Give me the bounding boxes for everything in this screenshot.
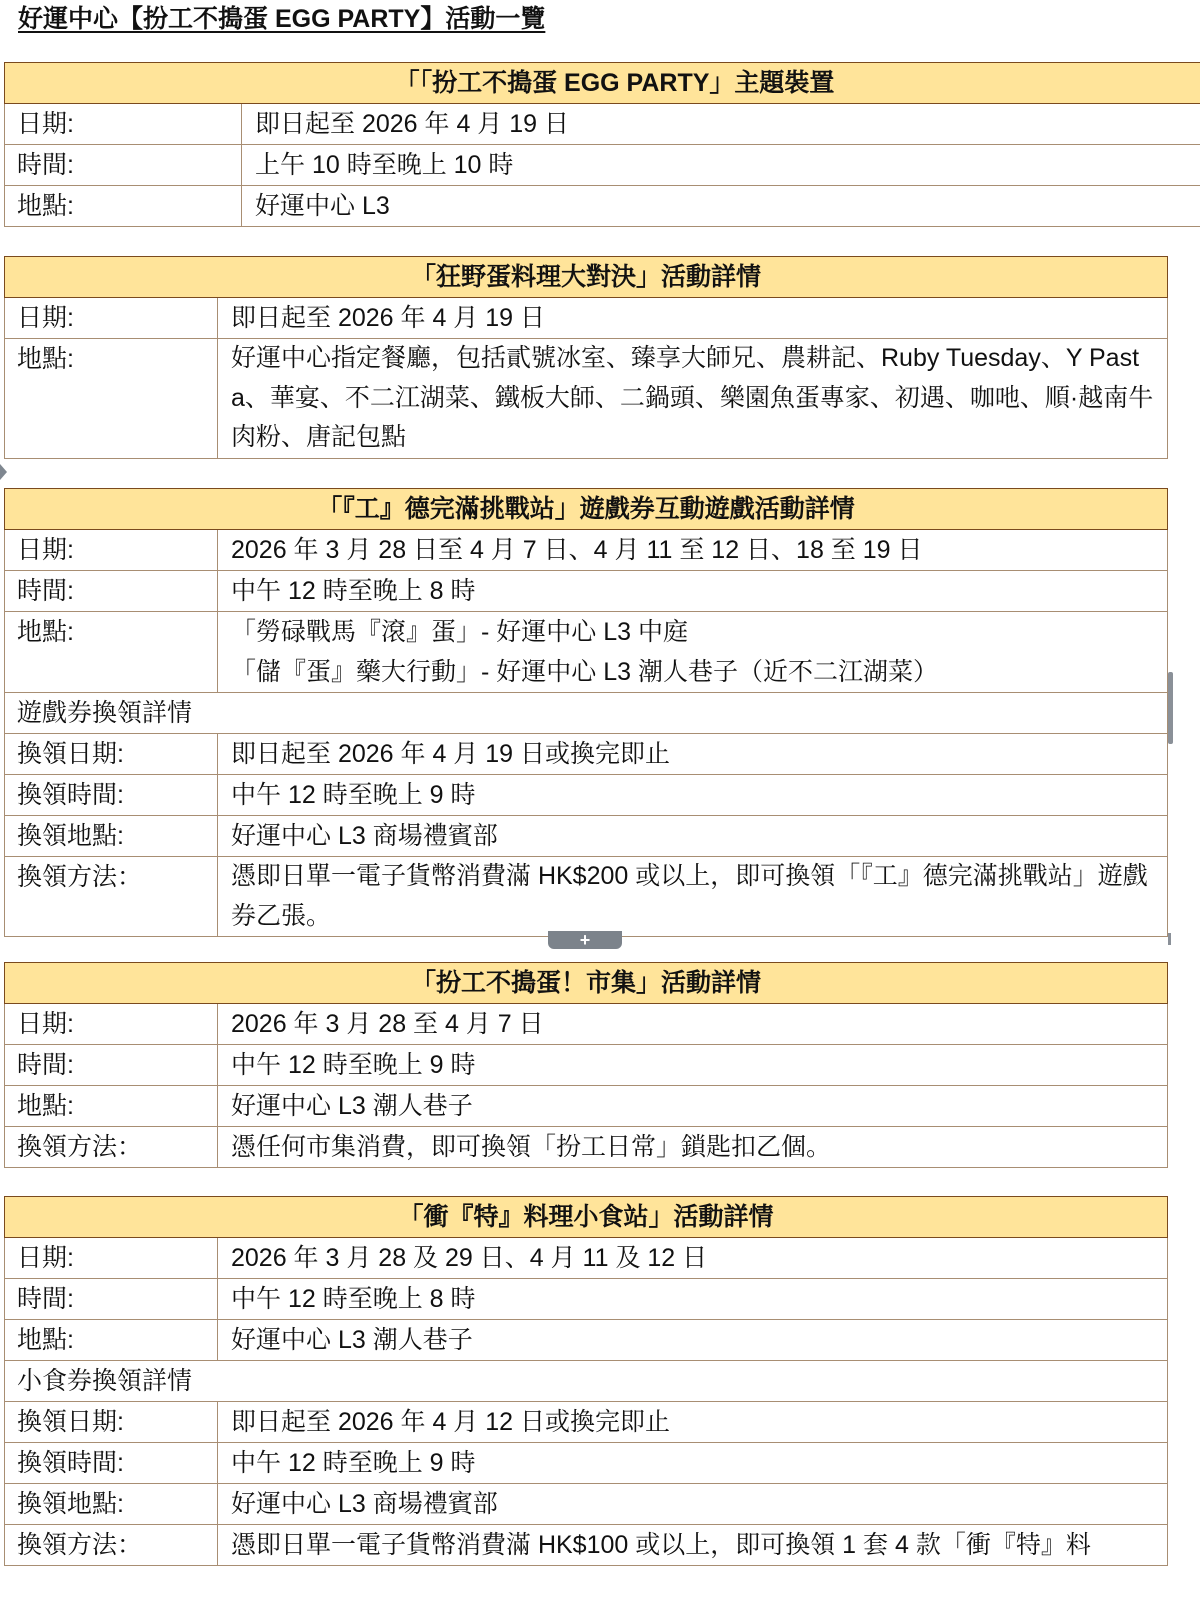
row-handle-icon[interactable]: [0, 464, 7, 480]
location-line: 「儲『蛋』藥大行動」- 好運中心 L3 潮人巷子（近不二江湖菜）: [231, 652, 1167, 692]
subsection-title: 遊戲券換領詳情: [5, 693, 1168, 734]
table-row: 換領日期: 即日起至 2026 年 4 月 12 日或換完即止: [5, 1402, 1168, 1443]
row-value: 中午 12 時至晚上 9 時: [218, 775, 1168, 816]
table-header: 「『工』德完滿挑戰站」遊戲券互動遊戲活動詳情: [5, 489, 1168, 530]
row-label: 日期:: [5, 530, 218, 571]
row-label: 日期:: [5, 1238, 218, 1279]
row-value: 中午 12 時至晚上 9 時: [218, 1045, 1168, 1086]
table-row: 時間: 中午 12 時至晚上 8 時: [5, 571, 1168, 612]
table-row: 換領日期: 即日起至 2026 年 4 月 19 日或換完即止: [5, 734, 1168, 775]
row-label: 日期:: [5, 104, 242, 145]
document-title: 好運中心【扮工不搗蛋 EGG PARTY】活動一覽: [18, 2, 545, 36]
table-row: 地點: 好運中心 L3 潮人巷子: [5, 1086, 1168, 1127]
table-row: 換領地點: 好運中心 L3 商場禮賓部: [5, 816, 1168, 857]
row-label: 換領日期:: [5, 1402, 218, 1443]
row-label: 換領地點:: [5, 1484, 218, 1525]
table-header: 「衝『特』料理小食站」活動詳情: [5, 1197, 1168, 1238]
row-value: 好運中心 L3: [242, 186, 1200, 227]
plus-icon: +: [580, 930, 591, 950]
event-table-market: 「扮工不搗蛋！市集」活動詳情 日期: 2026 年 3 月 28 至 4 月 7…: [4, 962, 1168, 1168]
table-row: 日期: 即日起至 2026 年 4 月 19 日: [5, 298, 1168, 339]
row-label: 換領時間:: [5, 775, 218, 816]
row-value: 2026 年 3 月 28 至 4 月 7 日: [218, 1004, 1168, 1045]
row-label: 時間:: [5, 1045, 218, 1086]
insert-row-button[interactable]: +: [548, 931, 622, 949]
row-value: 中午 12 時至晚上 8 時: [218, 1279, 1168, 1320]
table-row: 日期: 2026 年 3 月 28 及 29 日、4 月 11 及 12 日: [5, 1238, 1168, 1279]
row-label: 地點:: [5, 339, 218, 459]
row-value: 即日起至 2026 年 4 月 19 日或換完即止: [218, 734, 1168, 775]
row-value: 好運中心 L3 潮人巷子: [218, 1086, 1168, 1127]
table-row: 地點: 好運中心 L3: [5, 186, 1200, 227]
table-row: 時間: 中午 12 時至晚上 8 時: [5, 1279, 1168, 1320]
row-value: 好運中心 L3 商場禮賓部: [218, 816, 1168, 857]
table-row: 日期: 2026 年 3 月 28 至 4 月 7 日: [5, 1004, 1168, 1045]
row-label: 地點:: [5, 1086, 218, 1127]
row-label: 時間:: [5, 571, 218, 612]
row-value: 上午 10 時至晚上 10 時: [242, 145, 1200, 186]
row-label: 時間:: [5, 145, 242, 186]
table-row: 地點: 好運中心指定餐廳，包括貳號冰室、臻享大師兄、農耕記、Ruby Tuesd…: [5, 339, 1168, 459]
table-row: 換領方法： 憑即日單一電子貨幣消費滿 HK$100 或以上，即可換領 1 套 4…: [5, 1525, 1168, 1566]
row-label: 換領日期:: [5, 734, 218, 775]
table-header: 「狂野蛋料理大對決」活動詳情: [5, 257, 1168, 298]
row-value: 2026 年 3 月 28 日至 4 月 7 日、4 月 11 至 12 日、1…: [218, 530, 1168, 571]
column-resize-handle[interactable]: [1168, 672, 1173, 744]
row-label: 地點:: [5, 1320, 218, 1361]
row-value: 即日起至 2026 年 4 月 12 日或換完即止: [218, 1402, 1168, 1443]
subsection-row: 小食券換領詳情: [5, 1361, 1168, 1402]
event-table-egg-cooking: 「狂野蛋料理大對決」活動詳情 日期: 即日起至 2026 年 4 月 19 日 …: [4, 256, 1168, 459]
row-value: 2026 年 3 月 28 及 29 日、4 月 11 及 12 日: [218, 1238, 1168, 1279]
table-row: 換領地點: 好運中心 L3 商場禮賓部: [5, 1484, 1168, 1525]
row-value: 中午 12 時至晚上 8 時: [218, 571, 1168, 612]
row-value: 好運中心 L3 潮人巷子: [218, 1320, 1168, 1361]
event-table-snack-station: 「衝『特』料理小食站」活動詳情 日期: 2026 年 3 月 28 及 29 日…: [4, 1196, 1168, 1566]
row-label: 日期:: [5, 298, 218, 339]
table-row: 時間: 上午 10 時至晚上 10 時: [5, 145, 1200, 186]
row-label: 換領地點:: [5, 816, 218, 857]
subsection-row: 遊戲券換領詳情: [5, 693, 1168, 734]
event-table-challenge-station: 「『工』德完滿挑戰站」遊戲券互動遊戲活動詳情 日期: 2026 年 3 月 28…: [4, 488, 1168, 937]
table-row: 地點: 好運中心 L3 潮人巷子: [5, 1320, 1168, 1361]
subsection-title: 小食券換領詳情: [5, 1361, 1168, 1402]
row-value: 好運中心 L3 商場禮賓部: [218, 1484, 1168, 1525]
table-row: 換領方法： 憑即日單一電子貨幣消費滿 HK$200 或以上，即可換領「『工』德完…: [5, 857, 1168, 937]
row-value-restaurants: 好運中心指定餐廳，包括貳號冰室、臻享大師兄、農耕記、Ruby Tuesday、Y…: [218, 339, 1168, 459]
table-row: 日期: 即日起至 2026 年 4 月 19 日: [5, 104, 1200, 145]
table-header: 「「扮工不搗蛋 EGG PARTY」主題裝置: [5, 63, 1200, 104]
table-row: 換領時間: 中午 12 時至晚上 9 時: [5, 1443, 1168, 1484]
table-row: 換領方法： 憑任何市集消費，即可換領「扮工日常」鎖匙扣乙個。: [5, 1127, 1168, 1168]
row-label: 時間:: [5, 1279, 218, 1320]
table-row: 時間: 中午 12 時至晚上 9 時: [5, 1045, 1168, 1086]
row-label: 換領方法：: [5, 1525, 218, 1566]
table-row: 地點: 「勞碌戰馬『滾』蛋」- 好運中心 L3 中庭 「儲『蛋』藥大行動」- 好…: [5, 612, 1168, 693]
table-edge-marker: [1168, 933, 1171, 945]
row-label: 換領時間:: [5, 1443, 218, 1484]
row-value-locations: 「勞碌戰馬『滾』蛋」- 好運中心 L3 中庭 「儲『蛋』藥大行動」- 好運中心 …: [218, 612, 1168, 693]
table-header: 「扮工不搗蛋！市集」活動詳情: [5, 963, 1168, 1004]
row-value: 即日起至 2026 年 4 月 19 日: [218, 298, 1168, 339]
row-label: 日期:: [5, 1004, 218, 1045]
event-table-theme-installation: 「「扮工不搗蛋 EGG PARTY」主題裝置 日期: 即日起至 2026 年 4…: [4, 62, 1200, 227]
row-value: 憑任何市集消費，即可換領「扮工日常」鎖匙扣乙個。: [218, 1127, 1168, 1168]
row-label: 換領方法：: [5, 1127, 218, 1168]
row-value: 憑即日單一電子貨幣消費滿 HK$200 或以上，即可換領「『工』德完滿挑戰站」遊…: [218, 857, 1168, 937]
row-label: 地點:: [5, 186, 242, 227]
row-label: 換領方法：: [5, 857, 218, 937]
row-value: 憑即日單一電子貨幣消費滿 HK$100 或以上，即可換領 1 套 4 款「衝『特…: [218, 1525, 1168, 1566]
row-label: 地點:: [5, 612, 218, 693]
table-row: 日期: 2026 年 3 月 28 日至 4 月 7 日、4 月 11 至 12…: [5, 530, 1168, 571]
table-row: 換領時間: 中午 12 時至晚上 9 時: [5, 775, 1168, 816]
row-value: 中午 12 時至晚上 9 時: [218, 1443, 1168, 1484]
location-line: 「勞碌戰馬『滾』蛋」- 好運中心 L3 中庭: [231, 612, 1167, 652]
row-value: 即日起至 2026 年 4 月 19 日: [242, 104, 1200, 145]
